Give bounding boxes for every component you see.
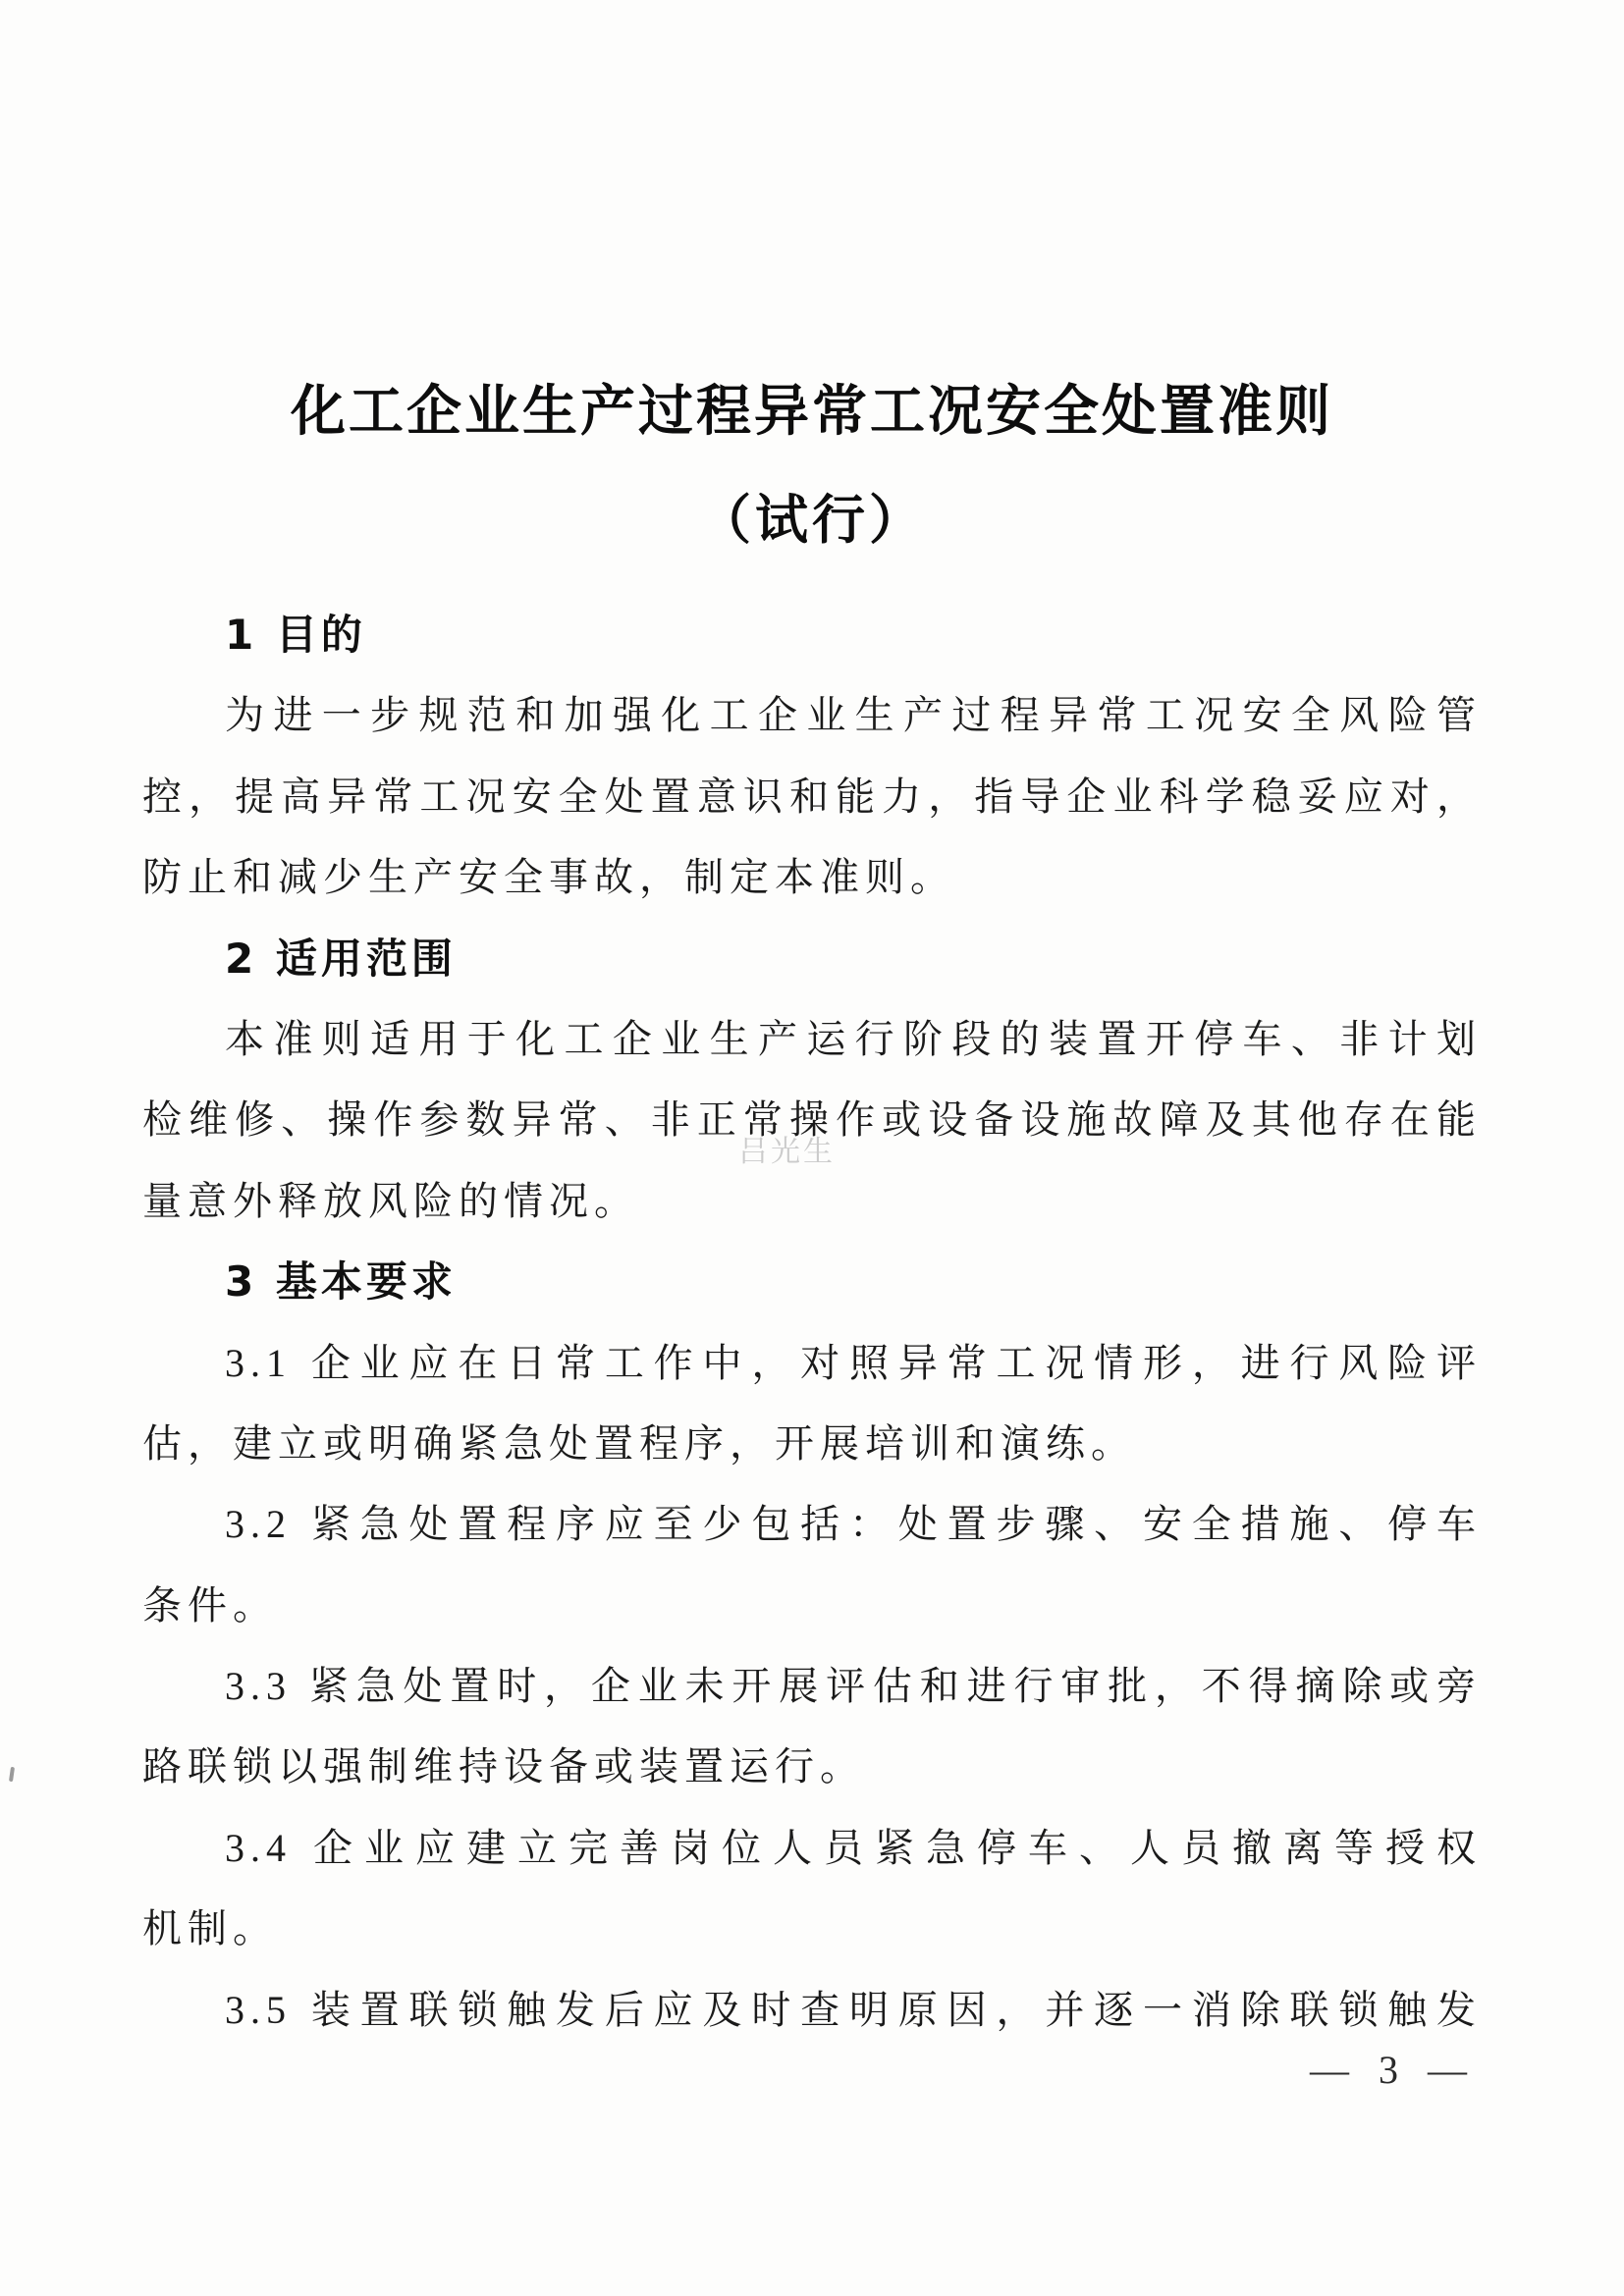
page-number: — 3 —	[1310, 2047, 1477, 2093]
document-title-block: 化工企业生产过程异常工况安全处置准则 （试行）	[0, 375, 1624, 558]
body-line: 本准则适用于化工企业生产运行阶段的装置开停车、非计划	[142, 999, 1482, 1080]
body-line: 机制。	[142, 1889, 1482, 1969]
body-line: 检维修、操作参数异常、非正常操作或设备设施故障及其他存在能	[142, 1080, 1482, 1160]
document-body: 1 目的 为进一步规范和加强化工企业生产过程异常工况安全风险管 控，提高异常工况…	[142, 595, 1482, 2051]
scan-artifact-mark	[9, 1767, 15, 1782]
body-line: 路联锁以强制维持设备或装置运行。	[142, 1727, 1482, 1807]
body-line: 控，提高异常工况安全处置意识和能力，指导企业科学稳妥应对，	[142, 757, 1482, 837]
section-heading-scope: 2 适用范围	[142, 919, 1482, 999]
body-line-clause-3-2: 3.2 紧急处置程序应至少包括：处置步骤、安全措施、停车	[142, 1484, 1482, 1565]
body-line: 条件。	[142, 1566, 1482, 1646]
body-line: 防止和减少生产安全事故，制定本准则。	[142, 837, 1482, 918]
scanned-document-page: 化工企业生产过程异常工况安全处置准则 （试行） 吕光生 1 目的 为进一步规范和…	[0, 0, 1624, 2296]
body-line: 为进一步规范和加强化工企业生产过程异常工况安全风险管	[142, 675, 1482, 756]
body-line-clause-3-3: 3.3 紧急处置时，企业未开展评估和进行审批，不得摘除或旁	[142, 1646, 1482, 1727]
body-line: 量意外释放风险的情况。	[142, 1161, 1482, 1242]
body-line-clause-3-4: 3.4 企业应建立完善岗位人员紧急停车、人员撤离等授权	[142, 1808, 1482, 1889]
document-subtitle: （试行）	[0, 483, 1624, 558]
section-heading-basic-requirements: 3 基本要求	[142, 1242, 1482, 1322]
body-line: 估，建立或明确紧急处置程序，开展培训和演练。	[142, 1404, 1482, 1484]
body-line-clause-3-5: 3.5 装置联锁触发后应及时查明原因，并逐一消除联锁触发	[142, 1970, 1482, 2051]
section-heading-purpose: 1 目的	[142, 595, 1482, 675]
document-title: 化工企业生产过程异常工况安全处置准则	[0, 375, 1624, 450]
body-line-clause-3-1: 3.1 企业应在日常工作中，对照异常工况情形，进行风险评	[142, 1323, 1482, 1404]
